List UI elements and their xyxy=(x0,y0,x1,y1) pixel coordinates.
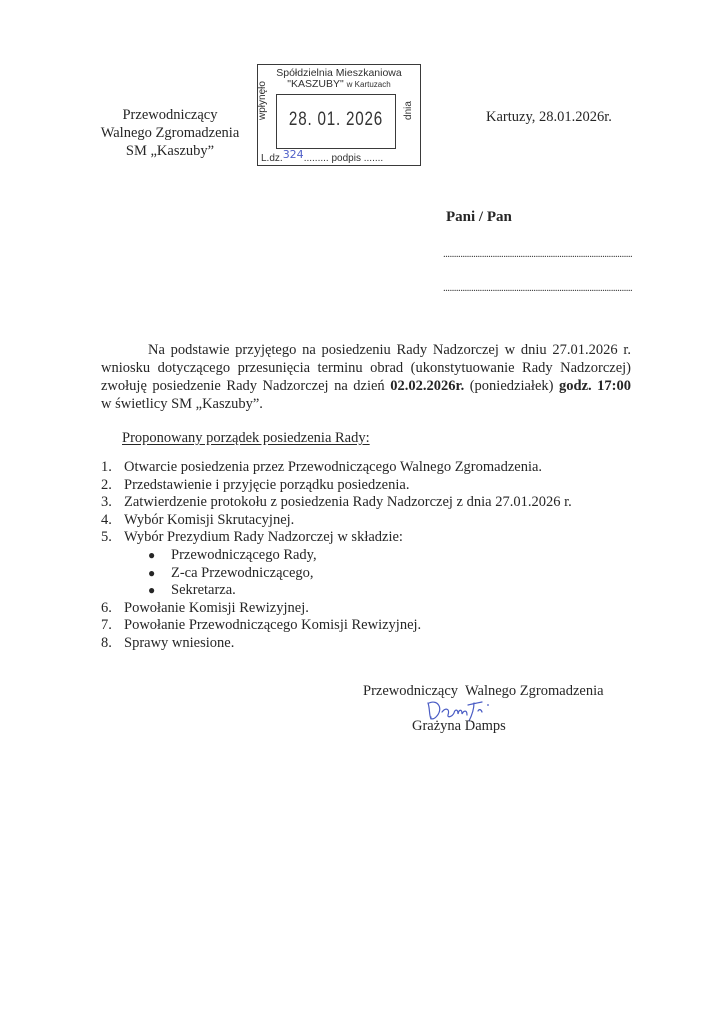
agenda-item: 1. Otwarcie posiedzenia przez Przewodnic… xyxy=(101,459,572,477)
stamp-date: 28. 01. 2026 xyxy=(289,109,383,131)
agenda-sub-item-text: Sekretarza. xyxy=(171,582,236,598)
agenda-sub-item: ● Sekretarza. xyxy=(101,582,572,600)
agenda-item: 6. Powołanie Komisji Rewizyjnej. xyxy=(101,600,572,618)
body-line-2: wniosku dotyczącego przesunięcia terminu… xyxy=(101,359,631,377)
agenda-item-text: Otwarcie posiedzenia przez Przewodnicząc… xyxy=(124,459,542,475)
body-line-3: zwołuję posiedzenie Rady Nadzorczej na d… xyxy=(101,377,631,395)
stamp-label-received: wpłynęło xyxy=(257,81,268,120)
agenda-sub-item-text: Z-ca Przewodniczącego, xyxy=(171,565,314,581)
agenda-item-text: Powołanie Komisji Rewizyjnej. xyxy=(124,600,309,616)
addressee-line-1: ........................................… xyxy=(443,248,633,260)
stamp-signature-dots: ....... xyxy=(364,153,383,164)
place-and-date: Kartuzy, 28.01.2026r. xyxy=(486,109,612,126)
stamp-ldz-dots: ......... xyxy=(304,153,329,164)
stamp-ldz-label: L.dz. xyxy=(261,153,283,164)
stamp-registry-line: L.dz.324......... podpis ....... xyxy=(261,151,383,164)
agenda-item-number: 1. xyxy=(101,459,112,477)
meeting-date: 02.02.2026r. xyxy=(390,378,464,394)
stamp-org-name: "KASZUBY" xyxy=(287,78,343,90)
agenda-item-text: Sprawy wniesione. xyxy=(124,635,234,651)
agenda-heading: Proponowany porządek posiedzenia Rady: xyxy=(122,430,370,447)
agenda-item: 5. Wybór Prezydium Rady Nadzorczej w skł… xyxy=(101,529,572,547)
agenda-item-text: Zatwierdzenie protokołu z posiedzenia Ra… xyxy=(124,494,572,510)
stamp-date-box: 28. 01. 2026 xyxy=(276,94,396,149)
signatory-name: Grażyna Damps xyxy=(412,718,506,735)
meeting-time: godz. 17:00 xyxy=(559,378,631,394)
agenda-sub-item-text: Przewodniczącego Rady, xyxy=(171,547,317,563)
stamp-organization: Spółdzielnia Mieszkaniowa "KASZUBY" w Ka… xyxy=(258,68,420,90)
sender-line-3: SM „Kaszuby” xyxy=(70,142,270,160)
body-line-3-text: zwołuję posiedzenie Rady Nadzorczej na d… xyxy=(101,378,390,394)
stamp-label-day: dnia xyxy=(403,101,414,120)
sender-line-2: Walnego Zgromadzenia xyxy=(70,124,270,142)
agenda-sub-item: ● Z-ca Przewodniczącego, xyxy=(101,565,572,583)
addressee-line-2: ........................................… xyxy=(443,282,633,294)
receipt-stamp: Spółdzielnia Mieszkaniowa "KASZUBY" w Ka… xyxy=(257,64,421,166)
bullet-icon: ● xyxy=(148,582,155,600)
addressee-title: Pani / Pan xyxy=(446,209,512,226)
agenda-item-number: 5. xyxy=(101,529,112,547)
agenda-item-number: 8. xyxy=(101,635,112,653)
stamp-org-location: w Kartuzach xyxy=(347,80,391,89)
agenda-item-number: 3. xyxy=(101,494,112,512)
agenda-item-text: Wybór Prezydium Rady Nadzorczej w składz… xyxy=(124,529,403,545)
sender-block: Przewodniczący Walnego Zgromadzenia SM „… xyxy=(70,106,270,160)
agenda-item: 8. Sprawy wniesione. xyxy=(101,635,572,653)
agenda-item: 4. Wybór Komisji Skrutacyjnej. xyxy=(101,512,572,530)
agenda-item-number: 7. xyxy=(101,617,112,635)
bullet-icon: ● xyxy=(148,565,155,583)
agenda-sub-item: ● Przewodniczącego Rady, xyxy=(101,547,572,565)
stamp-org-line-2: "KASZUBY" w Kartuzach xyxy=(258,79,420,90)
sender-line-1: Przewodniczący xyxy=(70,106,270,124)
agenda-item-text: Przedstawienie i przyjęcie porządku posi… xyxy=(124,477,409,493)
agenda-list: 1. Otwarcie posiedzenia przez Przewodnic… xyxy=(101,459,572,653)
agenda-item-number: 4. xyxy=(101,512,112,530)
agenda-item-text: Wybór Komisji Skrutacyjnej. xyxy=(124,512,294,528)
bullet-icon: ● xyxy=(148,547,155,565)
agenda-item: 2. Przedstawienie i przyjęcie porządku p… xyxy=(101,477,572,495)
body-line-1: Na podstawie przyjętego na posiedzeniu R… xyxy=(101,341,631,359)
agenda-item-text: Powołanie Przewodniczącego Komisji Rewiz… xyxy=(124,617,421,633)
agenda-item: 3. Zatwierdzenie protokołu z posiedzenia… xyxy=(101,494,572,512)
agenda-item-number: 2. xyxy=(101,477,112,495)
stamp-ldz-number: 324 xyxy=(283,148,304,161)
body-paragraph: Na podstawie przyjętego na posiedzeniu R… xyxy=(101,341,631,413)
agenda-item-number: 6. xyxy=(101,600,112,618)
stamp-signature-label: podpis xyxy=(331,153,360,164)
agenda-item: 7. Powołanie Przewodniczącego Komisji Re… xyxy=(101,617,572,635)
body-line-4: w świetlicy SM „Kaszuby”. xyxy=(101,395,631,413)
meeting-weekday: (poniedziałek) xyxy=(464,378,559,394)
